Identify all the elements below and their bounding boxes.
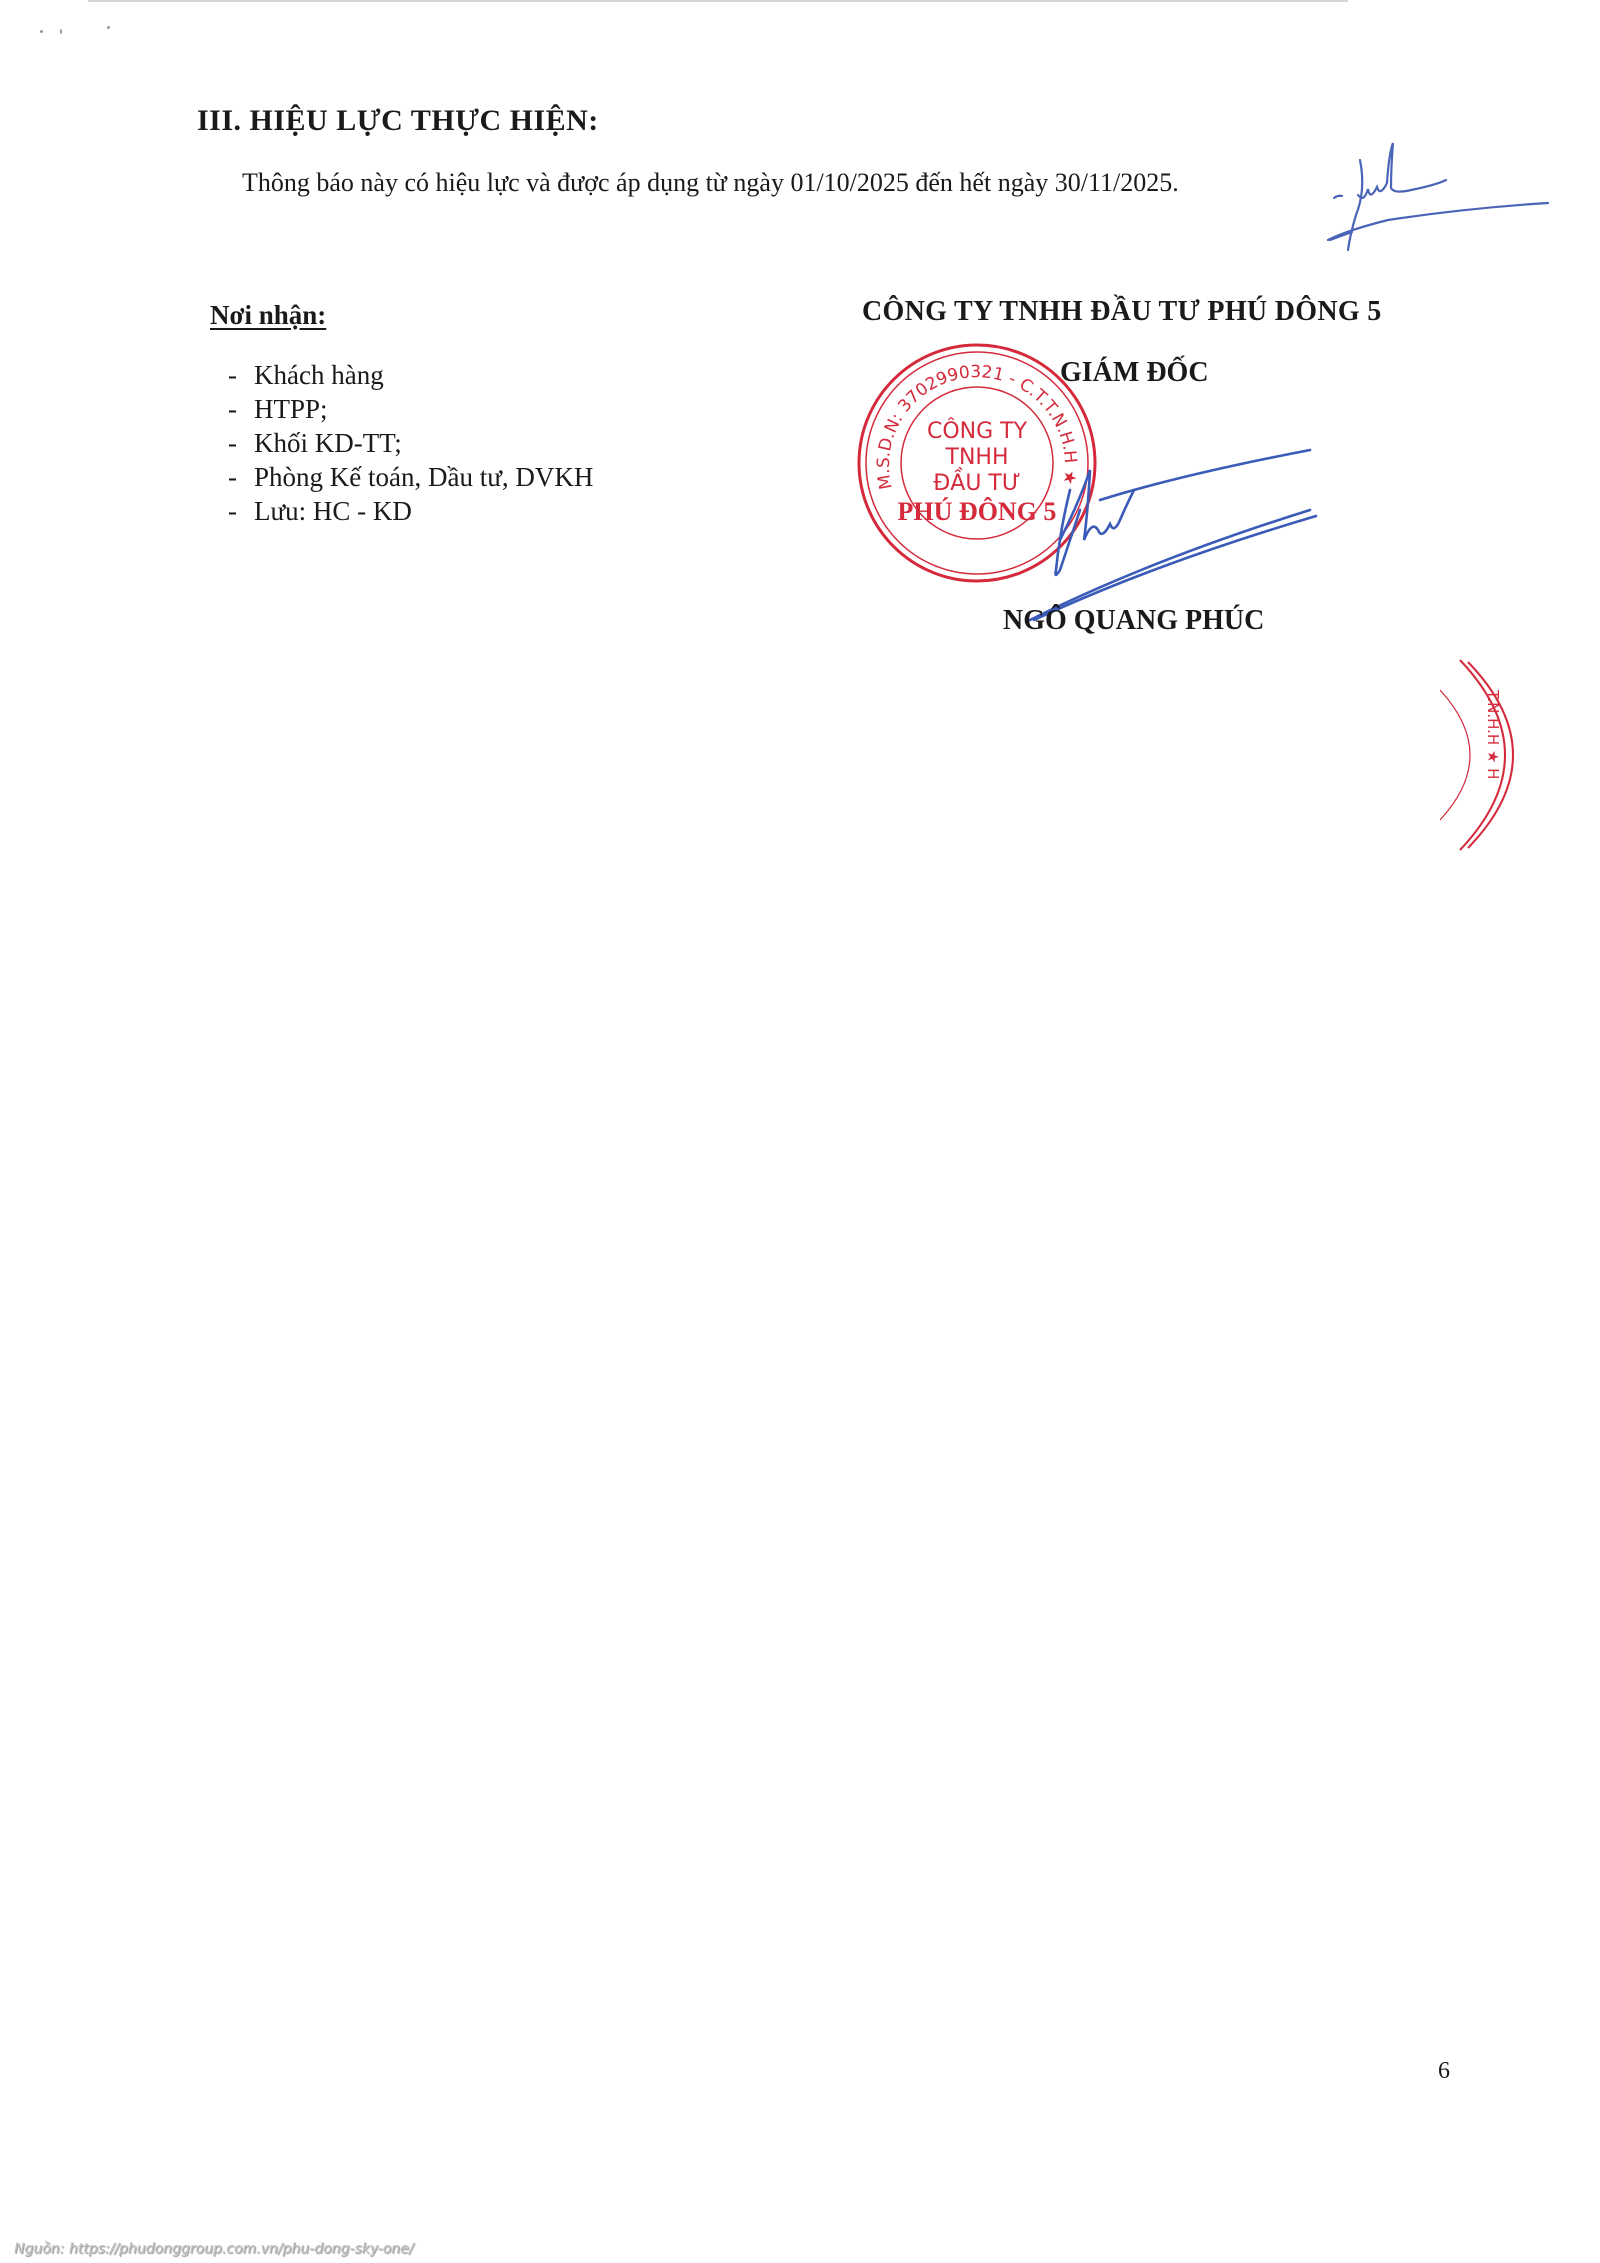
recipients-label: Nơi nhận: bbox=[210, 300, 326, 331]
effective-period-text: Thông báo này có hiệu lực và được áp dụn… bbox=[242, 168, 1179, 198]
initial-signature-icon bbox=[1320, 140, 1560, 260]
director-signature-icon bbox=[990, 430, 1320, 630]
company-name: CÔNG TY TNHH ĐẦU TƯ PHÚ DÔNG 5 bbox=[862, 296, 1382, 328]
partial-seal-icon: T.N.H.H ★ H bbox=[1440, 650, 1560, 860]
recipient-item: -Khách hàng bbox=[228, 358, 593, 392]
scan-edge-line bbox=[88, 0, 1348, 2]
page-number: 6 bbox=[1438, 2058, 1450, 2085]
svg-text:T.N.H.H ★ H: T.N.H.H ★ H bbox=[1484, 689, 1502, 779]
scan-speck bbox=[40, 30, 43, 33]
recipient-item: -Phòng Kế toán, Dầu tư, DVKH bbox=[228, 460, 593, 494]
signer-name: NGÔ QUANG PHÚC bbox=[1003, 605, 1264, 637]
recipient-item: -HTPP; bbox=[228, 392, 593, 426]
recipients-list: -Khách hàng -HTPP; -Khối KD-TT; -Phòng K… bbox=[228, 358, 593, 528]
section-heading: III. HIỆU LỰC THỰC HIỆN: bbox=[197, 104, 599, 138]
recipient-item: -Lưu: HC - KD bbox=[228, 494, 593, 528]
source-note: Nguồn: https://phudonggroup.com.vn/phu-d… bbox=[14, 2241, 413, 2257]
scan-speck bbox=[60, 29, 62, 34]
scan-speck bbox=[107, 26, 110, 29]
recipient-item: -Khối KD-TT; bbox=[228, 426, 593, 460]
document-page: III. HIỆU LỰC THỰC HIỆN: Thông báo này c… bbox=[0, 0, 1600, 2263]
signer-role: GIÁM ĐỐC bbox=[1060, 357, 1209, 389]
